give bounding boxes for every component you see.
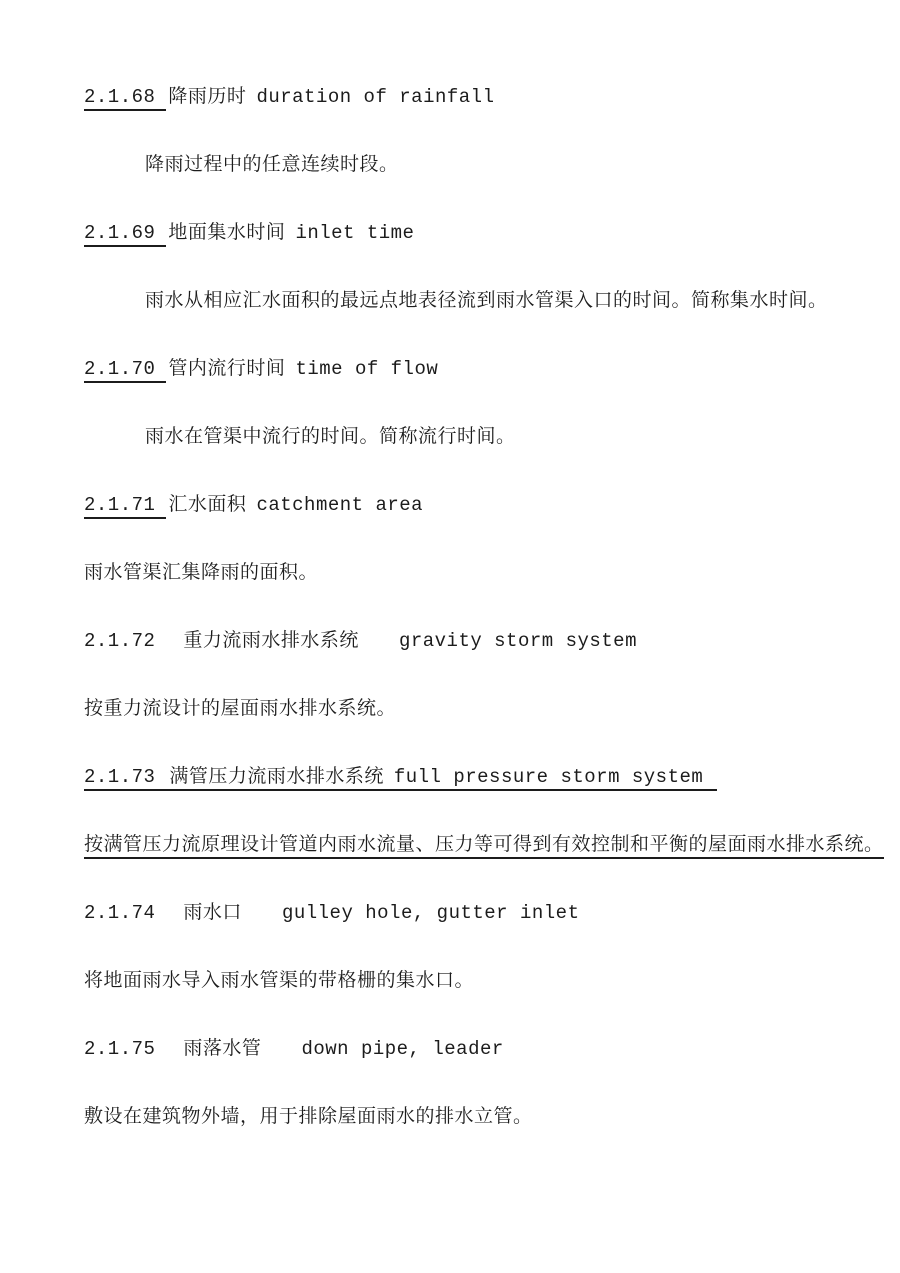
term-chinese: 地面集水时间 <box>168 222 285 244</box>
term-definition: 雨水管渠汇集降雨的面积。 <box>84 560 880 587</box>
term-heading: 2.1.70管内流行时间time of flow <box>84 356 880 383</box>
term-definition-text: 雨水管渠汇集降雨的面积。 <box>84 562 318 584</box>
term-definition-text: 降雨过程中的任意连续时段。 <box>145 154 399 176</box>
term-definition: 敷设在建筑物外墙，用于排除屋面雨水的排水立管。 <box>84 1104 880 1131</box>
term-definition-text: 将地面雨水导入雨水管渠的带格栅的集水口。 <box>84 970 474 992</box>
term-english: gravity storm system <box>399 630 637 652</box>
term-chinese: 满管压力流雨水排水系统 <box>169 766 384 788</box>
term-heading: 2.1.75雨落水管down pipe, leader <box>84 1036 880 1063</box>
term-heading: 2.1.74雨水口gulley hole, gutter inlet <box>84 900 880 927</box>
term-number: 2.1.72 <box>84 630 155 652</box>
term-number: 2.1.71 <box>84 494 166 519</box>
term-number: 2.1.69 <box>84 222 166 247</box>
term-definition: 雨水从相应汇水面积的最远点地表径流到雨水管渠入口的时间。简称集水时间。 <box>84 288 880 315</box>
term-english: down pipe, leader <box>301 1038 503 1060</box>
term-entry-2-1-74: 2.1.74雨水口gulley hole, gutter inlet 将地面雨水… <box>84 900 880 995</box>
term-definition-text: 按重力流设计的屋面雨水排水系统。 <box>84 698 396 720</box>
term-entry-2-1-71: 2.1.71汇水面积catchment area 雨水管渠汇集降雨的面积。 <box>84 492 880 587</box>
term-english: full pressure storm system <box>394 766 703 788</box>
term-definition-text: 按满管压力流原理设计管道内雨水流量、压力等可得到有效控制和平衡的屋面雨水排水系统… <box>84 834 884 859</box>
term-english: catchment area <box>256 494 423 516</box>
term-number: 2.1.74 <box>84 902 155 924</box>
term-entry-2-1-70: 2.1.70管内流行时间time of flow 雨水在管渠中流行的时间。简称流… <box>84 356 880 451</box>
term-number: 2.1.75 <box>84 1038 155 1060</box>
term-definition: 降雨过程中的任意连续时段。 <box>84 152 880 179</box>
term-definition: 按满管压力流原理设计管道内雨水流量、压力等可得到有效控制和平衡的屋面雨水排水系统… <box>84 832 880 859</box>
term-chinese: 雨水口 <box>183 902 242 924</box>
term-english: gulley hole, gutter inlet <box>282 902 580 924</box>
term-definition: 雨水在管渠中流行的时间。简称流行时间。 <box>84 424 880 451</box>
term-chinese: 汇水面积 <box>168 494 246 516</box>
term-chinese: 重力流雨水排水系统 <box>183 630 359 652</box>
term-entry-2-1-68: 2.1.68降雨历时duration of rainfall 降雨过程中的任意连… <box>84 84 880 179</box>
term-definition-text: 雨水在管渠中流行的时间。简称流行时间。 <box>145 426 516 448</box>
term-english: duration of rainfall <box>256 86 494 108</box>
document-page: 2.1.68降雨历时duration of rainfall 降雨过程中的任意连… <box>0 0 900 1273</box>
term-definition: 将地面雨水导入雨水管渠的带格栅的集水口。 <box>84 968 880 995</box>
term-entry-2-1-73: 2.1.73 满管压力流雨水排水系统full pressure storm sy… <box>84 764 880 859</box>
term-heading: 2.1.71汇水面积catchment area <box>84 492 880 519</box>
term-number: 2.1.70 <box>84 358 166 383</box>
term-chinese: 管内流行时间 <box>168 358 285 380</box>
term-definition-text: 敷设在建筑物外墙，用于排除屋面雨水的排水立管。 <box>84 1106 533 1128</box>
term-english: inlet time <box>295 222 414 244</box>
term-entry-2-1-72: 2.1.72重力流雨水排水系统gravity storm system 按重力流… <box>84 628 880 723</box>
term-heading: 2.1.68降雨历时duration of rainfall <box>84 84 880 111</box>
term-chinese: 雨落水管 <box>183 1038 261 1060</box>
term-chinese: 降雨历时 <box>168 86 246 108</box>
term-entry-2-1-69: 2.1.69地面集水时间inlet time 雨水从相应汇水面积的最远点地表径流… <box>84 220 880 315</box>
term-definition: 按重力流设计的屋面雨水排水系统。 <box>84 696 880 723</box>
term-heading: 2.1.72重力流雨水排水系统gravity storm system <box>84 628 880 655</box>
term-heading-underlined: 2.1.73 满管压力流雨水排水系统full pressure storm sy… <box>84 766 717 791</box>
term-number: 2.1.68 <box>84 86 166 111</box>
term-english: time of flow <box>295 358 438 380</box>
term-heading: 2.1.69地面集水时间inlet time <box>84 220 880 247</box>
term-heading: 2.1.73 满管压力流雨水排水系统full pressure storm sy… <box>84 764 880 791</box>
term-number: 2.1.73 <box>84 766 155 788</box>
term-entry-2-1-75: 2.1.75雨落水管down pipe, leader 敷设在建筑物外墙，用于排… <box>84 1036 880 1131</box>
term-definition-text: 雨水从相应汇水面积的最远点地表径流到雨水管渠入口的时间。简称集水时间。 <box>145 290 828 312</box>
